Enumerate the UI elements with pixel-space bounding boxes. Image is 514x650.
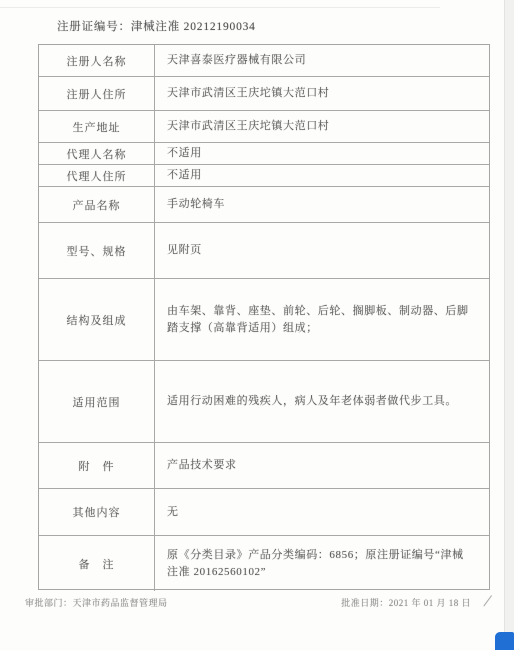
row-label: 型号、规格	[39, 223, 155, 278]
row-label: 备 注	[39, 536, 155, 591]
row-value: 不适用	[155, 143, 489, 164]
row-label: 产品名称	[39, 187, 155, 222]
row-label: 注册人名称	[39, 45, 155, 76]
approval-department: 审批部门：天津市药品监督管理局	[25, 596, 168, 609]
certificate-footer: 审批部门：天津市药品监督管理局 批准日期：2021 年 01 月 18 日 /	[25, 596, 490, 609]
row-value: 不适用	[155, 165, 489, 186]
table-row-product-name: 产品名称 手动轮椅车	[39, 187, 489, 223]
approval-date: 批准日期：2021 年 01 月 18 日	[341, 596, 471, 609]
certificate-table: 注册人名称 天津喜泰医疗器械有限公司 注册人住所 天津市武清区王庆坨镇大范口村 …	[38, 44, 490, 590]
row-label: 适用范围	[39, 361, 155, 442]
table-row-production-address: 生产地址 天津市武清区王庆坨镇大范口村	[39, 111, 489, 143]
row-value: 由车架、靠背、座垫、前轮、后轮、搁脚板、制动器、后脚踏支撑（高靠背适用）组成；	[155, 279, 489, 360]
scan-top-edge	[0, 7, 440, 8]
row-label: 附 件	[39, 443, 155, 488]
row-label: 代理人名称	[39, 143, 155, 164]
cert-number-label: 注册证编号：	[57, 21, 131, 33]
table-row-model-spec: 型号、规格 见附页	[39, 223, 489, 279]
cert-number-value: 津械注准 20212190034	[131, 21, 256, 33]
table-row-registrant-name: 注册人名称 天津喜泰医疗器械有限公司	[39, 45, 489, 77]
row-value: 天津市武清区王庆坨镇大范口村	[155, 77, 489, 110]
approval-date-group: 批准日期：2021 年 01 月 18 日 /	[341, 596, 490, 609]
row-value: 天津市武清区王庆坨镇大范口村	[155, 111, 489, 142]
table-row-registrant-address: 注册人住所 天津市武清区王庆坨镇大范口村	[39, 77, 489, 111]
table-row-attachment: 附 件 产品技术要求	[39, 443, 489, 489]
row-label: 代理人住所	[39, 165, 155, 186]
table-row-agent-name: 代理人名称 不适用	[39, 143, 489, 165]
row-value: 无	[155, 489, 489, 535]
table-row-other-content: 其他内容 无	[39, 489, 489, 536]
row-label: 其他内容	[39, 489, 155, 535]
table-row-structure-composition: 结构及组成 由车架、靠背、座垫、前轮、后轮、搁脚板、制动器、后脚踏支撑（高靠背适…	[39, 279, 489, 361]
floating-action-button[interactable]	[495, 632, 514, 650]
row-value: 天津喜泰医疗器械有限公司	[155, 45, 489, 76]
row-label: 注册人住所	[39, 77, 155, 110]
cert-number-line: 注册证编号：津械注准 20212190034	[57, 18, 256, 34]
scan-right-edge	[504, 0, 514, 650]
table-row-scope-of-application: 适用范围 适用行动困难的残疾人，病人及年老体弱者做代步工具。	[39, 361, 489, 443]
row-value: 见附页	[155, 223, 489, 278]
certificate-page: 注册证编号：津械注准 20212190034 注册人名称 天津喜泰医疗器械有限公…	[0, 0, 514, 650]
row-value: 原《分类目录》产品分类编码：6856；原注册证编号“津械注准 201625601…	[155, 536, 489, 591]
row-value: 产品技术要求	[155, 443, 489, 488]
row-value: 适用行动困难的残疾人，病人及年老体弱者做代步工具。	[155, 361, 489, 442]
table-row-agent-address: 代理人住所 不适用	[39, 165, 489, 187]
row-label: 生产地址	[39, 111, 155, 142]
row-value: 手动轮椅车	[155, 187, 489, 222]
handwritten-slash-mark: /	[484, 596, 492, 608]
row-label: 结构及组成	[39, 279, 155, 360]
table-row-remarks: 备 注 原《分类目录》产品分类编码：6856；原注册证编号“津械注准 20162…	[39, 536, 489, 591]
